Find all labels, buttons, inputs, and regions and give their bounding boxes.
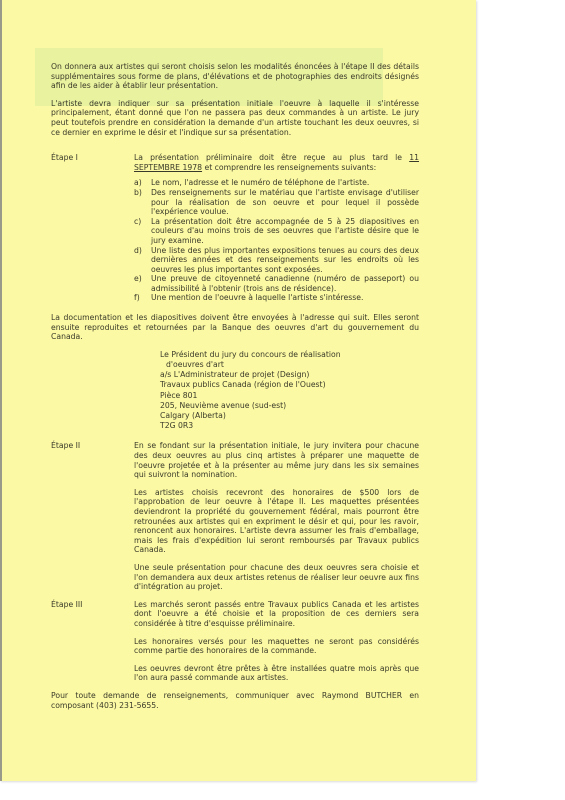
item-marker: b): [134, 188, 151, 217]
intro-paragraph-2: L'artiste devra indiquer sur sa présenta…: [51, 99, 419, 137]
item-text: Une mention de l'oeuvre à laquelle l'art…: [151, 293, 419, 303]
stage-2-paragraph: En se fondant sur la présentation initia…: [134, 441, 419, 479]
item-marker: e): [134, 274, 151, 293]
mailing-address: Le Président du jury du concours de réal…: [160, 350, 419, 432]
item-marker: d): [134, 246, 151, 275]
document-page: On donnera aux artistes qui seront chois…: [0, 0, 476, 781]
stage-1-section: Étape I La présentation préliminaire doi…: [51, 153, 419, 303]
address-line: d'oeuvres d'art: [160, 360, 419, 370]
address-line: T2G 0R3: [160, 421, 419, 431]
stage-3-paragraph: Les oeuvres devront être prêtes à être i…: [134, 664, 419, 683]
list-item: c)La présentation doit être accompagnée …: [134, 217, 419, 246]
stage-1-intro-tail: et comprendre les renseignements suivant…: [202, 163, 376, 172]
stage-2-paragraph: Les artistes choisis recevront des honor…: [134, 488, 419, 555]
stage-1-intro-text: La présentation préliminaire doit être r…: [134, 153, 409, 162]
address-line: 205, Neuvième avenue (sud-est): [160, 401, 419, 411]
stage-2-body: En se fondant sur la présentation initia…: [134, 441, 419, 591]
stage-1-intro: La présentation préliminaire doit être r…: [134, 153, 419, 172]
address-line: Calgary (Alberta): [160, 411, 419, 421]
intro-paragraph-1: On donnera aux artistes qui seront chois…: [51, 62, 419, 91]
item-text: Une liste des plus importantes expositio…: [151, 246, 419, 275]
contact-paragraph: Pour toute demande de renseignements, co…: [51, 691, 419, 710]
list-item: b)Des renseignements sur le matériau que…: [134, 188, 419, 217]
stage-3-section: Étape III Les marchés seront passés entr…: [51, 600, 419, 683]
item-text: La présentation doit être accompagnée de…: [151, 217, 419, 246]
address-line: Travaux publics Canada (région de l'Oues…: [160, 380, 419, 390]
stage-3-paragraph: Les honoraires versés pour les maquettes…: [134, 637, 419, 656]
list-item: e)Une preuve de citoyenneté canadienne (…: [134, 274, 419, 293]
list-item: d)Une liste des plus importantes exposit…: [134, 246, 419, 275]
stage-1-body: La présentation préliminaire doit être r…: [134, 153, 419, 303]
item-marker: c): [134, 217, 151, 246]
address-line: a/s L'Administrateur de projet (Design): [160, 370, 419, 380]
document-body: On donnera aux artistes qui seront chois…: [51, 62, 419, 718]
stage-3-body: Les marchés seront passés entre Travaux …: [134, 600, 419, 683]
stage-2-section: Étape II En se fondant sur la présentati…: [51, 441, 419, 591]
documentation-paragraph: La documentation et les diapositives doi…: [51, 313, 419, 342]
stage-3-paragraph: Les marchés seront passés entre Travaux …: [134, 600, 419, 629]
requirements-list: a)Le nom, l'adresse et le numéro de télé…: [134, 178, 419, 303]
address-line: Pièce 801: [160, 391, 419, 401]
stage-3-label: Étape III: [51, 600, 134, 683]
stage-2-label: Étape II: [51, 441, 134, 591]
item-marker: f): [134, 293, 151, 303]
item-text: Le nom, l'adresse et le numéro de téléph…: [151, 178, 419, 188]
item-text: Des renseignements sur le matériau que l…: [151, 188, 419, 217]
list-item: a)Le nom, l'adresse et le numéro de télé…: [134, 178, 419, 188]
address-line: Le Président du jury du concours de réal…: [160, 350, 419, 360]
list-item: f)Une mention de l'oeuvre à laquelle l'a…: [134, 293, 419, 303]
item-marker: a): [134, 178, 151, 188]
item-text: Une preuve de citoyenneté canadienne (nu…: [151, 274, 419, 293]
stage-2-paragraph: Une seule présentation pour chacune des …: [134, 563, 419, 592]
stage-1-label: Étape I: [51, 153, 134, 303]
